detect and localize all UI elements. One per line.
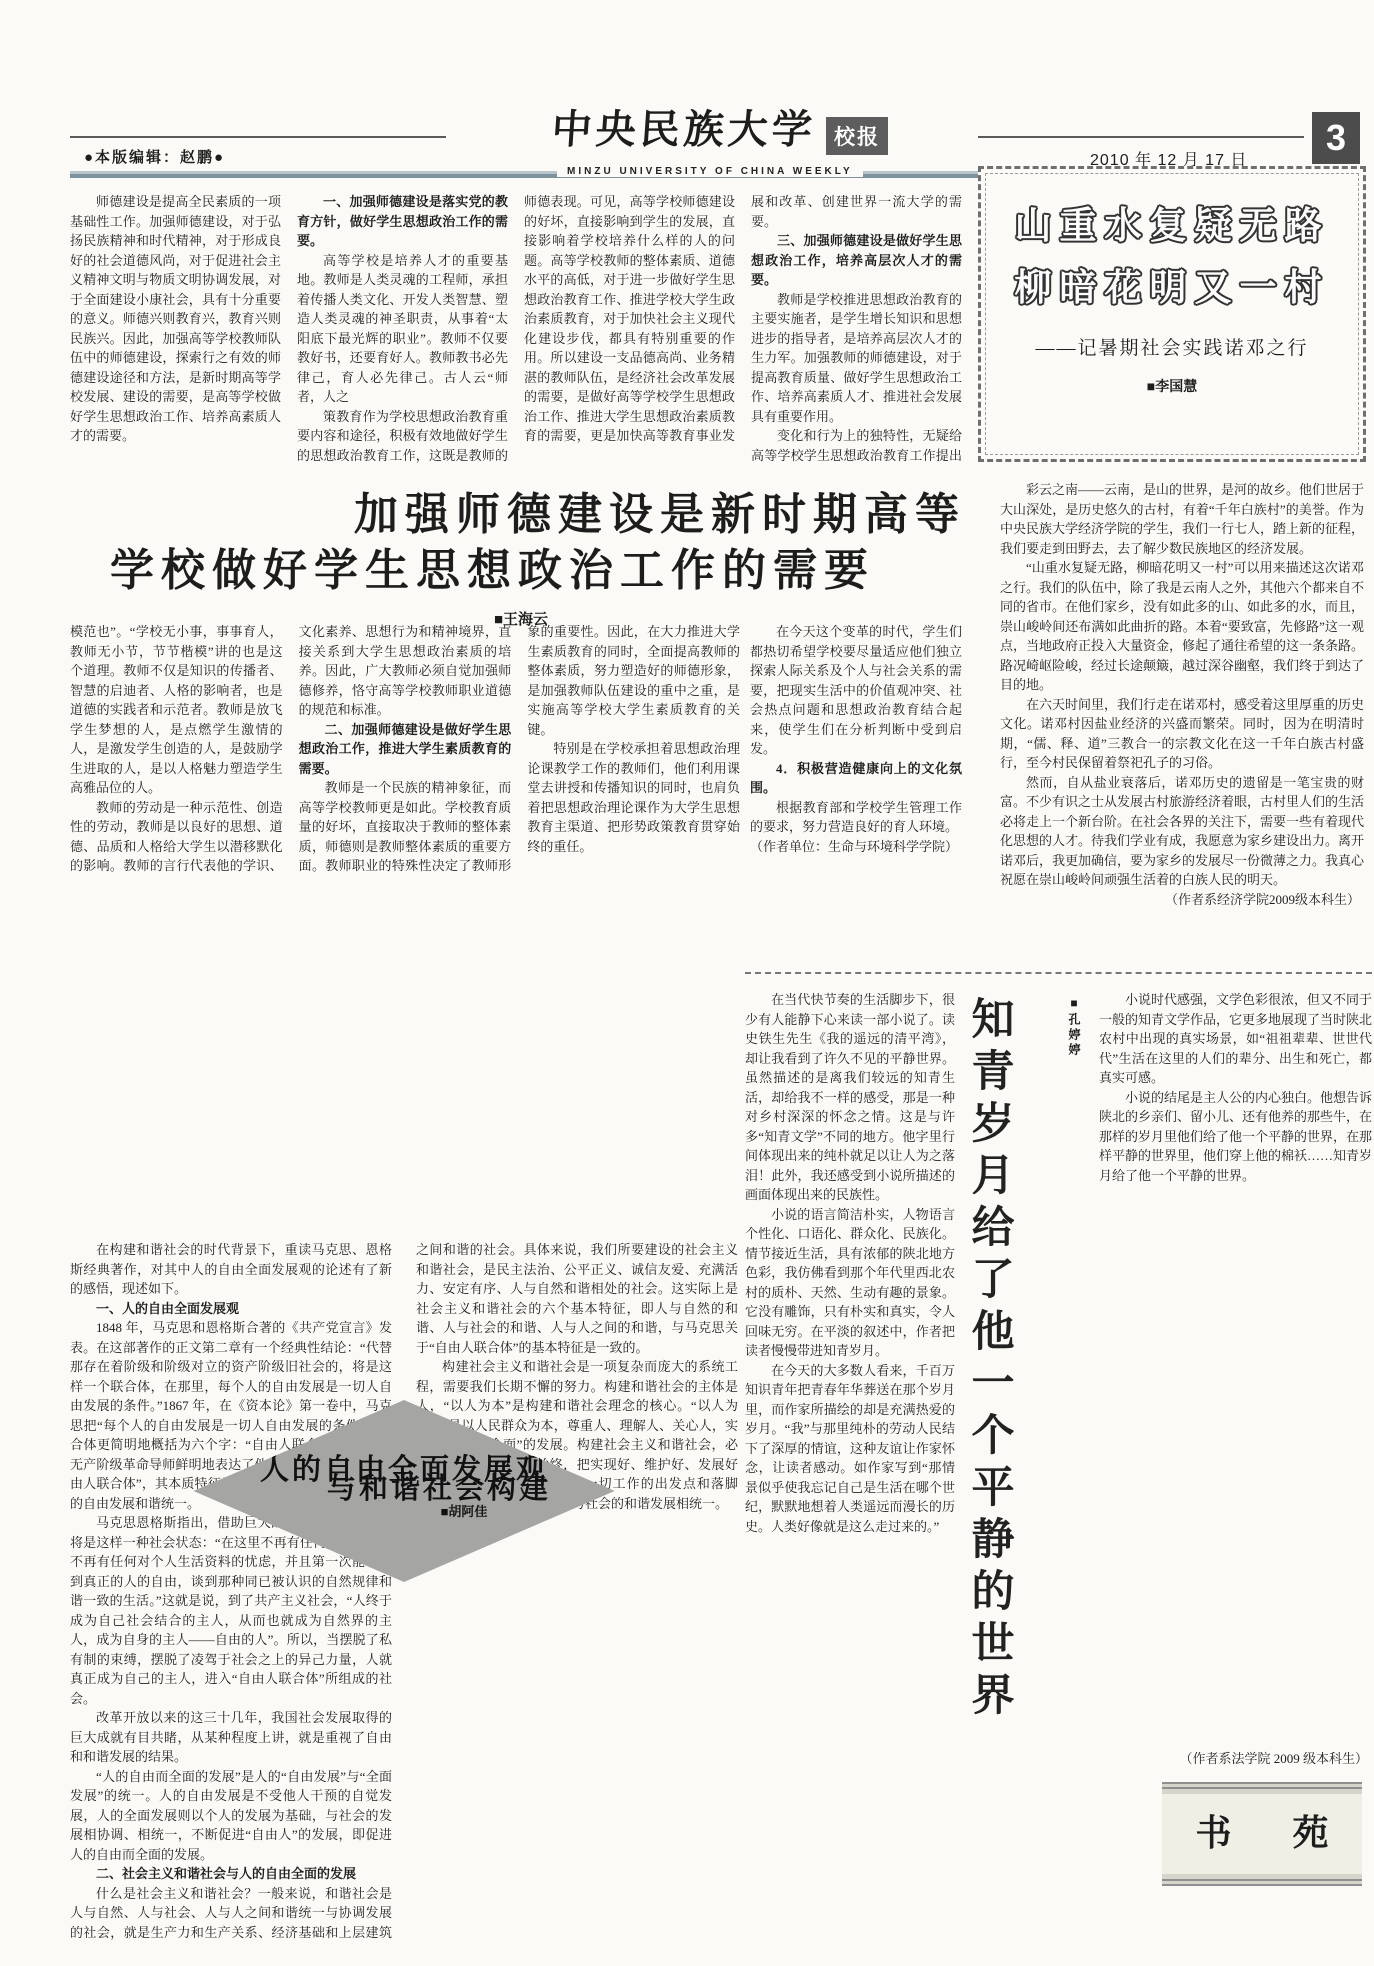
review-vertical-title: 知青岁月给了他一个平静的世界 [979, 996, 999, 1936]
shuyuan-badge-label: 书 苑 [1169, 1824, 1354, 1844]
page-editor-credit: ●本版编辑：赵鹏● [84, 146, 225, 167]
header-rule-left [70, 136, 446, 138]
paragraph: 改革开放以来的这三十几年，我国社会发展取得的巨大成就有目共睹，从某种程度上讲，就… [70, 1708, 392, 1767]
paragraph: 高等学校是培养人才的重要基地。教师是人类灵魂的工程师，承担着传播人类文化、开发人… [297, 251, 508, 407]
article-zhiqing-block: 在当代快节奏的生活脚步下，很少有人能静下心来读一部小说了。读史铁生先生《我的遥远… [745, 972, 1372, 1950]
review-column-left: 在当代快节奏的生活脚步下，很少有人能静下心来读一部小说了。读史铁生先生《我的遥远… [745, 990, 955, 1950]
article-shide-final-column: 在今天这个变革的时代，学生们都热切希望学校要尽量适应他们独立探索人际关系及个人与… [750, 622, 962, 967]
newspaper-page: ●本版编辑：赵鹏● 中央民族大学 校报 2010 年 12 月 17 日 3 M… [0, 0, 1374, 1966]
masthead-logo-english: MINZU UNIVERSITY OF CHINA WEEKLY [557, 166, 863, 177]
article-ziyou-block: 在构建和谐社会的时代背景下，重读马克思、恩格斯经典著作，对其中人的自由全面发展观… [70, 1240, 738, 1946]
essay-byline: ■胡阿佳 [321, 1502, 488, 1522]
paragraph: 在今天这个变革的时代，学生们都热切希望学校要尽量适应他们独立探索人际关系及个人与… [750, 622, 962, 759]
section-heading: 4．积极营造健康向上的文化氛围。 [750, 759, 962, 798]
review-column-right: 小说时代感强，文学色彩很浓，但又不同于一般的知青文学作品，它更多地展现了当时陕北… [1099, 990, 1372, 1950]
paragraph: 在六天时间里，我们行走在诺邓村，感受着这里厚重的历史文化。诺邓村因盐业经济的兴盛… [1000, 695, 1364, 773]
section-heading: 三、加强师德建设是做好学生思想政治工作，培养高层次人才的需要。 [751, 231, 962, 290]
main-headline-line1: 加强师德建设是新时期高等 [70, 488, 972, 542]
author-attribution: （作者系经济学院2009级本科生） [1000, 890, 1364, 910]
paragraph: 小说的结尾是主人公的内心独白。他想告诉陕北的乡亲们、留小儿、还有他养的那些牛，在… [1099, 1088, 1372, 1186]
paragraph: 在当代快节奏的生活脚步下，很少有人能静下心来读一部小说了。读史铁生先生《我的遥远… [745, 990, 955, 1205]
header-rule-right [978, 136, 1304, 138]
paragraph: “山重水复疑无路，柳暗花明又一村”可以用来描述这次诺邓之行。我们的队伍中，除了我… [1000, 558, 1364, 695]
feature-title-line2: 柳暗花明又一村 [991, 257, 1353, 319]
paragraph: 根据教育部和学校学生管理工作的要求，努力营造良好的育人环境。 [750, 798, 962, 837]
feature-subtitle: ——记暑期社会实践诺邓之行 [991, 333, 1353, 360]
article-shide-top-section: 师德建设是提高全民素质的一项基础性工作。加强师德建设，对于弘扬民族精神和时代精神… [70, 192, 962, 484]
masthead-logo-badge: 校报 [826, 117, 888, 155]
review-vertical-title-column: 知青岁月给了他一个平静的世界 ■孔婷婷 [971, 990, 1083, 1950]
paragraph: 师德建设是提高全民素质的一项基础性工作。加强师德建设，对于弘扬民族精神和时代精神… [70, 192, 281, 446]
paragraph: 特别是在学校承担着思想政治理论课教学工作的教师们，他们利用课堂去讲授和传播知识的… [527, 739, 740, 856]
paragraph: 然而，自从盐业衰落后，诺邓历史的遗留是一笔宝贵的财富。不少有识之士从发展古村旅游… [1000, 773, 1364, 890]
shuyuan-badge: 书 苑 [1162, 1782, 1362, 1886]
section-heading: 一、加强师德建设是落实党的教育方针，做好学生思想政治工作的需要。 [297, 192, 508, 251]
masthead-logo-block: 中央民族大学 校报 [540, 98, 900, 155]
article-shide-middle-section: 模范也”。“学校无小事，事事育人，教师无小节，节节楷模”讲的也是这个道理。教师不… [70, 622, 740, 1230]
section-heading: 一、人的自由全面发展观 [70, 1299, 392, 1319]
author-attribution: （作者系法学院 2009 级本科生） [1099, 1749, 1372, 1769]
review-byline: ■孔婷婷 [1064, 996, 1084, 1058]
essay-title-line2: 与和谐社会构建 [257, 1480, 551, 1500]
paragraph: 小说时代感强，文学色彩很浓，但又不同于一般的知青文学作品，它更多地展现了当时陕北… [1099, 990, 1372, 1088]
paragraph: 模范也”。“学校无小事，事事育人，教师无小节，节节楷模”讲的也是这个道理。教师不… [70, 622, 283, 798]
article-nuodeng-body: 彩云之南——云南，是山的世界，是河的故乡。他们世居于大山深处，是历史悠久的古村，… [1000, 480, 1364, 968]
section-heading: 二、社会主义和谐社会与人的自由全面的发展 [70, 1864, 392, 1884]
feature-title-line1: 山重水复疑无路 [991, 195, 1353, 257]
paragraph: 在构建和谐社会的时代背景下，重读马克思、恩格斯经典著作，对其中人的自由全面发展观… [70, 1240, 392, 1299]
section-heading: 二、加强师德建设是做好学生思想政治工作，推进大学生素质教育的需要。 [299, 720, 512, 779]
paragraph: “人的自由而全面的发展”是人的“自由发展”与“全面发展”的统一。人的自由发展是不… [70, 1767, 392, 1865]
feature-box-nuodeng: 山重水复疑无路 柳暗花明又一村 ——记暑期社会实践诺邓之行 ■李国慧 [978, 166, 1366, 462]
main-headline-block: 加强师德建设是新时期高等 学校做好学生思想政治工作的需要 ■王海云 [70, 488, 972, 629]
paragraph: 小说的语言简洁朴实，人物语言个性化、口语化、群众化、民族化。情节接近生活，具有浓… [745, 1205, 955, 1361]
feature-byline: ■李国慧 [991, 376, 1353, 396]
paragraph: 彩云之南——云南，是山的世界，是河的故乡。他们世居于大山深处，是历史悠久的古村，… [1000, 480, 1364, 558]
page-number: 3 [1312, 112, 1360, 164]
paragraph: 教师是学校推进思想政治教育的主要实施者，是学生增长知识和思想进步的指导者，是培养… [751, 290, 962, 427]
bottom-margin-spacer [1099, 1886, 1372, 1950]
masthead-logo: 中央民族大学 [550, 98, 818, 155]
paragraph: 在今天的大多数人看来，千百万知识青年把青春年华葬送在那个岁月里，而作家所描绘的却… [745, 1361, 955, 1537]
author-attribution: （作者单位：生命与环境科学学院） [750, 837, 962, 857]
main-headline-line2: 学校做好学生思想政治工作的需要 [70, 542, 972, 600]
